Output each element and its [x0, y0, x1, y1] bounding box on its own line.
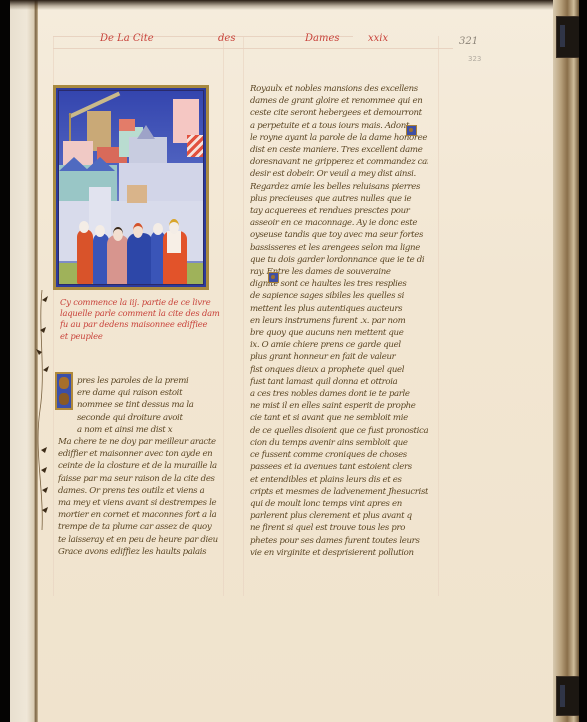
running-head-part: Dames	[305, 33, 340, 44]
text-line: Royaulx et nobles mansions des excellens	[250, 83, 428, 95]
decorated-small-initial	[268, 272, 279, 283]
text-line: ediffier et maisonner avec ton ayde en	[58, 448, 218, 460]
text-line: mortier en cornet et maconnes fort a la	[58, 509, 218, 521]
marginal-vine-decoration	[34, 290, 54, 530]
text-line: bre quoy que aucuns nen mettent que	[250, 327, 428, 339]
text-line: de sapience sages sibiles les quelles si	[250, 290, 428, 302]
text-line: ne firent si quel est trouve tous les pr…	[250, 522, 428, 534]
text-column-left: Ma chere te ne doy par meilleur aracte e…	[58, 436, 218, 558]
text-line: mettent les plus autentiques aucteurs	[250, 303, 428, 315]
running-head-part: De La Cite	[100, 33, 154, 44]
text-line: ceinte de la closture et de la muraille …	[58, 460, 218, 472]
rubric-heading: Cy commence la iij. partie de ce livre l…	[60, 297, 220, 342]
decorated-small-initial	[406, 125, 417, 136]
text-line: a ces tres nobles dames dont ie te parle	[250, 388, 428, 400]
text-line: ix. O amie chiere prens ce garde quel	[250, 339, 428, 351]
text-line: Grace avons ediffiez les haults palais	[58, 546, 218, 558]
background-left	[0, 0, 10, 722]
book-clasp-top	[556, 16, 580, 58]
text-line: plus precieuses que autres nulles que ie	[250, 193, 428, 205]
initial-ornament	[59, 393, 69, 405]
text-line: le royne ayant la parole de la dame hono…	[250, 132, 428, 144]
text-line: ne mist il en elles saint esperit de pro…	[250, 400, 428, 412]
text-line: plus grant honneur en fait de valeur	[250, 351, 428, 363]
text-line: nommee se tint dessus ma la	[77, 399, 217, 411]
figure-head-crowned	[169, 219, 179, 234]
text-line: ma mey et viens avant si destrempes le	[58, 497, 218, 509]
text-line: a perpetuite et a tous iours mais. Adont	[250, 120, 428, 132]
text-line: pres les paroles de la premi	[77, 375, 217, 387]
figure-head	[95, 225, 105, 237]
text-line: en leurs instrumens furent .x. par nom	[250, 315, 428, 327]
roof	[187, 135, 204, 157]
text-line: seconde qui droiture avoit	[77, 412, 217, 424]
text-line: dames de grant gloire et renommee qui en	[250, 95, 428, 107]
rubric-line: fu au par dedens maisonnee ediffiee	[60, 319, 220, 330]
running-head-part: des	[218, 33, 235, 44]
text-line: qui de moult lonc temps vint apres en	[250, 498, 428, 510]
text-line: que tu dois garder lordonnance que ie te…	[250, 254, 428, 266]
rubric-line: Cy commence la iij. partie de ce livre	[60, 297, 220, 308]
text-line: ce fussent comme croniques de choses	[250, 449, 428, 461]
text-line: doresnavant ne gripperez et commandez ca…	[250, 156, 428, 168]
text-line: phetes pour ses dames furent toutes leur…	[250, 535, 428, 547]
figure-head	[133, 223, 143, 238]
text-line: fust tant lamast quil donna et ottroia	[250, 376, 428, 388]
text-line: ceste cite seront hebergees et demourron…	[250, 107, 428, 119]
roof	[119, 119, 135, 131]
rubric-line: laquelle parle comment la cite des dames	[60, 308, 220, 319]
text-column-left-indented: pres les paroles de la premi ere dame qu…	[77, 375, 217, 436]
text-line: passees et ia avenues tant estoient cler…	[250, 461, 428, 473]
text-line: asseoir en ce maconnage. Ay ie donc este	[250, 217, 428, 229]
figure-lady	[107, 235, 129, 285]
rubric-line: et peuplee	[60, 331, 220, 342]
text-column-right: Royaulx et nobles mansions des excellens…	[250, 83, 428, 559]
figure-lady	[127, 233, 153, 285]
text-line: cripts et mesmes de ladvenement Jhesucri…	[250, 486, 428, 498]
figure-head	[113, 227, 123, 241]
ruling-line	[243, 36, 244, 596]
text-line: dist en ceste maniere. Tres excellent da…	[250, 144, 428, 156]
text-line: te laisseray et en peu de heure par dieu	[58, 534, 218, 546]
text-line: tay acquerees et rendues presctes pour	[250, 205, 428, 217]
figure-head	[153, 223, 163, 235]
figure-lady	[77, 229, 93, 284]
text-line: de ce quelles disoient que ce fust prono…	[250, 425, 428, 437]
text-line: bassisseres et les arengees selon ma lig…	[250, 242, 428, 254]
text-line: vie en virginite et desprisierent pollut…	[250, 547, 428, 559]
initial-ornament	[59, 377, 69, 389]
manuscript-viewer: De La Cite des Dames xxix 321 323	[0, 0, 587, 722]
ruling-line	[438, 36, 439, 596]
figure-head	[79, 221, 89, 233]
text-line: a nom et ainsi me dist x	[77, 424, 217, 436]
text-line: cion du temps avenir ains sembloit que	[250, 437, 428, 449]
text-line: cie tant et si avant que ne sembloit mie	[250, 412, 428, 424]
text-line: fist onques dieux a prophete quel quel	[250, 364, 428, 376]
binding-shadow	[10, 0, 555, 10]
text-line: Regardez amie les belles reluisans pierr…	[250, 181, 428, 193]
running-head-part: xxix	[368, 33, 388, 44]
page-edges	[553, 0, 579, 722]
ruling-line	[223, 36, 224, 596]
text-line: oyseuse tandis que toy avec ma seur fort…	[250, 229, 428, 241]
text-line: dames. Or prens tes outilz et viens a	[58, 485, 218, 497]
folio-number-handwritten: 321	[459, 36, 478, 47]
text-line: ere dame qui raison estoit	[77, 387, 217, 399]
roof	[127, 185, 147, 203]
text-line: parlerent plus clerement et plus avant q	[250, 510, 428, 522]
text-line: Ma chere te ne doy par meilleur aracte	[58, 436, 218, 448]
historiated-initial	[55, 372, 73, 410]
running-head: De La Cite des Dames xxix	[100, 33, 400, 51]
background-right	[579, 0, 587, 722]
text-line: et entendibles et plains leurs dis et es	[250, 474, 428, 486]
book-clasp-bottom	[556, 676, 580, 716]
text-line: desir est dobeir. Or veuil a mey dist ai…	[250, 168, 428, 180]
folio-number-stamped: 323	[468, 55, 481, 63]
text-line: trempe de ta plume car assez de quoy	[58, 521, 218, 533]
figure-bodice	[167, 231, 181, 253]
text-line: faisse par ma seur raison de la cite des	[58, 473, 218, 485]
miniature-illustration	[53, 85, 209, 290]
